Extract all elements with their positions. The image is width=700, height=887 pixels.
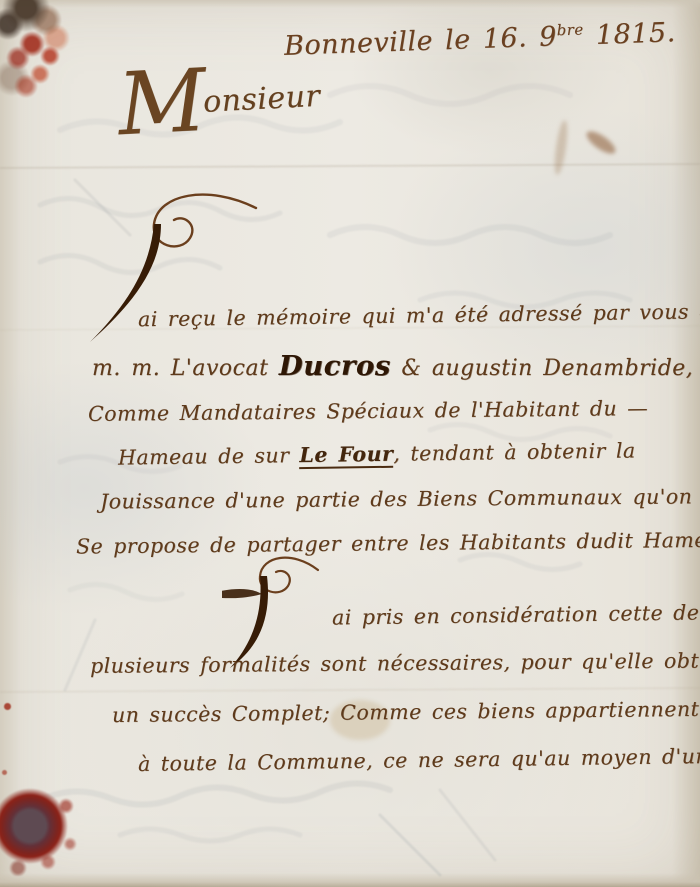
letter-line: ai pris en considération cette demande, … xyxy=(332,598,700,629)
wax-seal-bottom-left xyxy=(0,786,88,876)
wax-stain-top-left xyxy=(0,0,128,116)
ink-smudge xyxy=(583,127,618,157)
letter-line: Jouissance d'une partie des Biens Commun… xyxy=(100,484,693,513)
dateline: Bonneville le 16. 9bre 1815. xyxy=(284,17,677,62)
letter-line: m. m. L'avocat Ducros & augustin Denambr… xyxy=(92,350,693,382)
letter-page: Bonneville le 16. 9bre 1815. Monsieur ai… xyxy=(0,0,700,887)
letter-line: ai reçu le mémoire qui m'a été adressé p… xyxy=(138,299,700,332)
line4-post: , tendant à obtenir la xyxy=(393,438,636,465)
ink-smudge xyxy=(552,120,570,176)
line2-post: & augustin Denambride, xyxy=(391,356,693,381)
underlined-le-four: Le Four xyxy=(299,442,393,469)
dateline-text: Bonneville le 16. 9 xyxy=(284,21,558,62)
letter-line: Hameau de sur Le Four, tendant à obtenir… xyxy=(118,438,636,469)
line4-pre: Hameau de sur xyxy=(118,443,300,470)
letter-line: à toute la Commune, ce ne sera qu'au moy… xyxy=(138,744,700,776)
dateline-year: 1815. xyxy=(583,17,676,51)
letter-line: Se propose de partager entre les Habitan… xyxy=(76,528,700,559)
letter-line: un succès Complet; Comme ces biens appar… xyxy=(112,697,700,727)
salutation: Monsieur xyxy=(117,79,321,125)
letter-line: Comme Mandataires Spéciaux de l'Habitant… xyxy=(88,396,648,426)
name-ducros: Ducros xyxy=(279,350,391,382)
red-speck xyxy=(2,770,7,775)
red-speck xyxy=(4,703,11,710)
letter-line: plusieurs formalités sont nécessaires, p… xyxy=(90,648,700,678)
line2-pre: m. m. L'avocat xyxy=(92,356,279,381)
dateline-superscript: bre xyxy=(556,20,584,39)
